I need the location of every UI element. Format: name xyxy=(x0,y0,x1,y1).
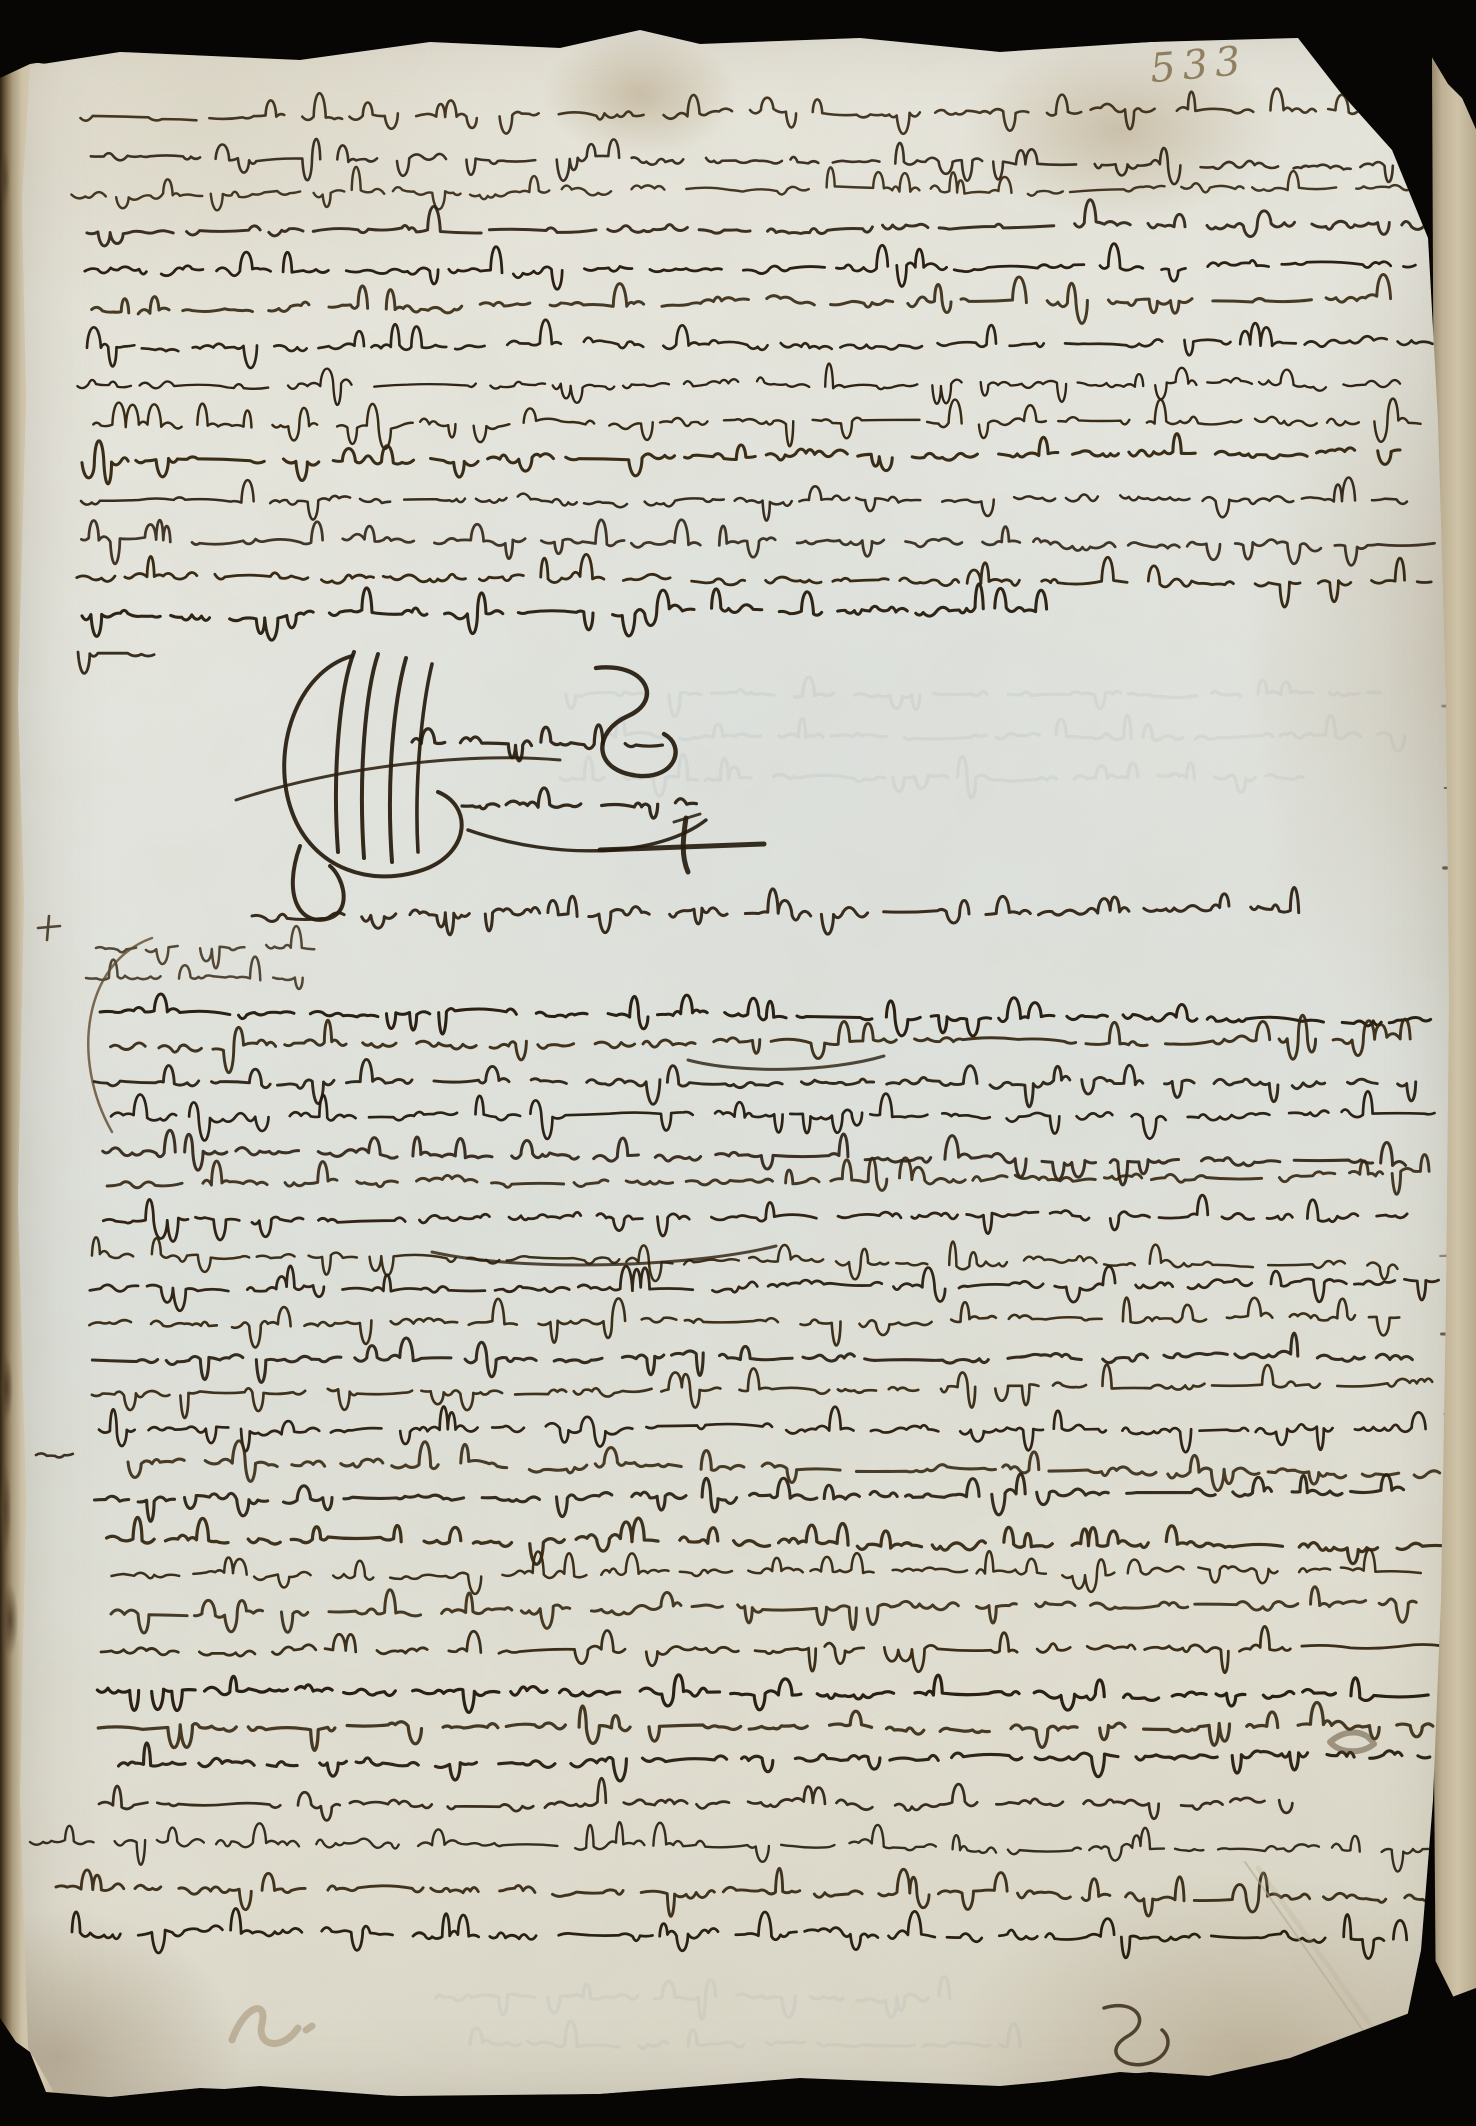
margin-word-el xyxy=(36,1453,73,1457)
section-cross-mark xyxy=(600,814,764,872)
faded-ink-mark xyxy=(232,2009,312,2044)
margin-note-handwriting xyxy=(38,916,314,1132)
photograph-background: 533 xyxy=(0,0,1476,2126)
handwriting-catchword xyxy=(78,652,154,673)
handwriting-body-2 xyxy=(94,1439,1459,1820)
bottom-rubric-mark xyxy=(1104,2006,1168,2065)
handwriting-layer xyxy=(0,0,1476,2126)
entry-heading-handwriting xyxy=(252,885,1299,938)
handwriting-body-3 xyxy=(30,1819,1441,1959)
handwriting-opening-clause xyxy=(71,86,1434,642)
manuscript-page: 533 xyxy=(0,0,1476,2126)
folio-number: 533 xyxy=(1148,38,1249,92)
flourish-decorations xyxy=(432,1056,1400,2072)
handwriting-body-1 xyxy=(89,991,1439,1452)
